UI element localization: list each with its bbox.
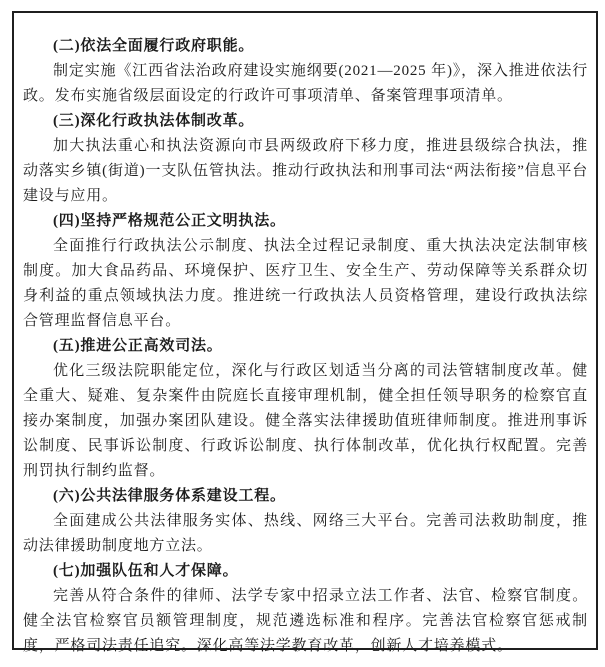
section-heading: (六)公共法律服务体系建设工程。 — [23, 484, 588, 509]
section-heading: (五)推进公正高效司法。 — [23, 334, 588, 359]
section-heading: (二)依法全面履行政府职能。 — [23, 34, 588, 59]
body-paragraph: 全面推行行政执法公示制度、执法全过程记录制度、重大执法决定法制审核制度。加大食品… — [23, 234, 588, 334]
section-heading: (七)加强队伍和人才保障。 — [23, 559, 588, 584]
document-page: (二)依法全面履行政府职能。制定实施《江西省法治政府建设实施纲要(2021—20… — [0, 0, 605, 667]
body-paragraph: 完善从符合条件的律师、法学专家中招录立法工作者、法官、检察官制度。健全法官检察官… — [23, 584, 588, 659]
body-paragraph: 加大执法重心和执法资源向市县两级政府下移力度，推进县级综合执法，推动落实乡镇(街… — [23, 134, 588, 209]
section-heading: (三)深化行政执法体制改革。 — [23, 109, 588, 134]
section-heading: (四)坚持严格规范公正文明执法。 — [23, 209, 588, 234]
body-paragraph: 全面建成公共法律服务实体、热线、网络三大平台。完善司法救助制度，推动法律援助制度… — [23, 509, 588, 559]
page-border: (二)依法全面履行政府职能。制定实施《江西省法治政府建设实施纲要(2021—20… — [12, 11, 598, 650]
body-paragraph: 制定实施《江西省法治政府建设实施纲要(2021—2025 年)》，深入推进依法行… — [23, 59, 588, 109]
body-paragraph: 优化三级法院职能定位，深化与行政区划适当分离的司法管辖制度改革。健全重大、疑难、… — [23, 359, 588, 484]
document-content: (二)依法全面履行政府职能。制定实施《江西省法治政府建设实施纲要(2021—20… — [14, 13, 596, 659]
